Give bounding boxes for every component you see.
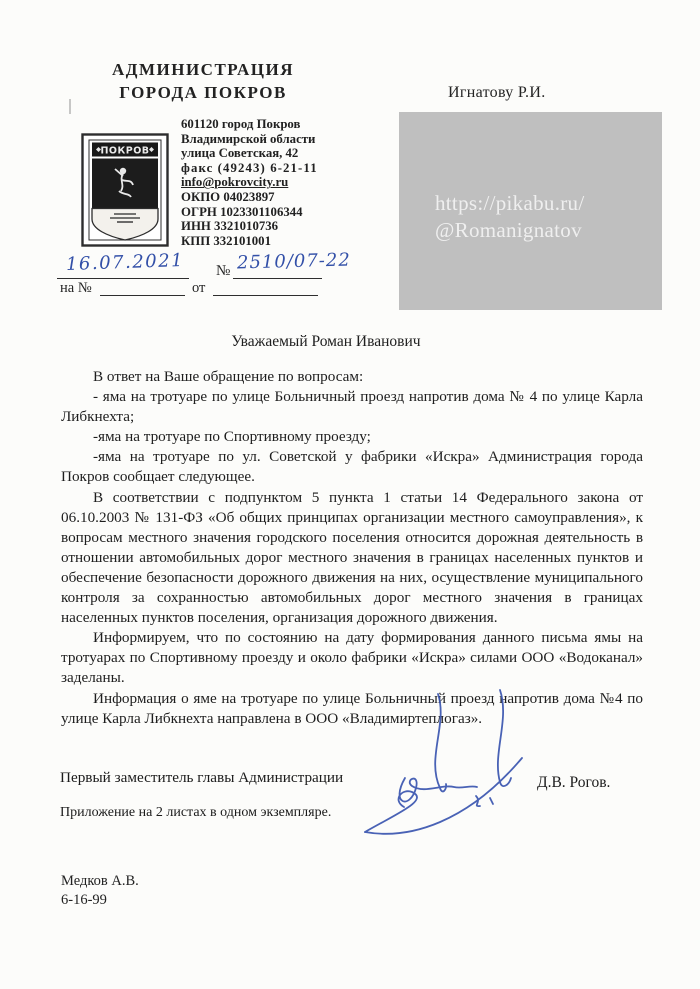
emblem-dark-field (92, 159, 158, 209)
executor-block: Медков А.В. 6-16-99 (61, 872, 139, 910)
org-name: АДМИНИСТРАЦИЯ ГОРОДА ПОКРОВ (88, 58, 318, 104)
handwritten-outgoing-number: 2510/07-22 (237, 250, 351, 274)
paragraph: В ответ на Ваше обращение по вопросам: (61, 367, 643, 387)
watermark-overlay-box: https://pikabu.ru/ @Romanignatov (399, 112, 662, 310)
address-block: 601120 город Покров Владимирской области… (181, 117, 318, 248)
emblem-city-name: ПОКРОВ (100, 146, 149, 157)
inn-line: ИНН 3321010736 (181, 219, 318, 234)
reply-date-blank-line (213, 295, 318, 296)
letter-body: В ответ на Ваше обращение по вопросам: -… (61, 367, 643, 729)
org-name-line2: ГОРОДА ПОКРОВ (88, 81, 318, 104)
paragraph: В соответствии с подпунктом 5 пункта 1 с… (61, 488, 643, 629)
address-line: 601120 город Покров (181, 117, 318, 132)
paragraph-list-item: -яма на тротуаре по Спортивному проезду; (61, 427, 643, 447)
signer-name: Д.В. Рогов. (537, 774, 610, 792)
executor-name: Медков А.В. (61, 872, 139, 891)
address-line: Владимирской области (181, 132, 318, 147)
addressee-name: Игнатову Р.И. (448, 84, 546, 102)
signer-position-title: Первый заместитель главы Администрации (60, 769, 343, 787)
handwritten-signature (350, 686, 545, 846)
paragraph-list-item: -яма на тротуаре по ул. Советской у фабр… (61, 447, 643, 487)
kpp-line: КПП 332101001 (181, 234, 318, 249)
executor-phone: 6-16-99 (61, 891, 139, 910)
salutation: Уважаемый Роман Иванович (36, 333, 616, 351)
paragraph: Информируем, что по состоянию на дату фо… (61, 628, 643, 688)
coat-of-arms-stamp: ПОКРОВ (81, 133, 169, 247)
reply-from-date-label: от (192, 280, 205, 297)
watermark-handle: @Romanignatov (435, 217, 584, 244)
attachment-note: Приложение на 2 листах в одном экземпляр… (60, 805, 331, 821)
address-line: улица Советская, 42 (181, 146, 318, 161)
handwritten-date: 16.07.2021 (66, 250, 185, 275)
paragraph-list-item: - яма на тротуаре по улице Больничный пр… (61, 387, 643, 427)
reply-to-number-label: на № (60, 280, 92, 297)
watermark-text: https://pikabu.ru/ @Romanignatov (435, 190, 584, 244)
number-underline (233, 278, 322, 279)
email-address: info@pokrovcity.ru (181, 175, 318, 190)
scan-artifact (69, 99, 71, 114)
scanned-letter-page: АДМИНИСТРАЦИЯ ГОРОДА ПОКРОВ Игнатову Р.И… (0, 0, 700, 989)
fax-line: факс (49243) 6-21-11 (181, 161, 318, 176)
watermark-url: https://pikabu.ru/ (435, 190, 584, 217)
number-sign-label: № (216, 263, 230, 280)
org-name-line1: АДМИНИСТРАЦИЯ (88, 58, 318, 81)
ogrn-line: ОГРН 1023301106344 (181, 205, 318, 220)
okpo-line: ОКПО 04023897 (181, 190, 318, 205)
reply-number-blank-line (100, 295, 185, 296)
